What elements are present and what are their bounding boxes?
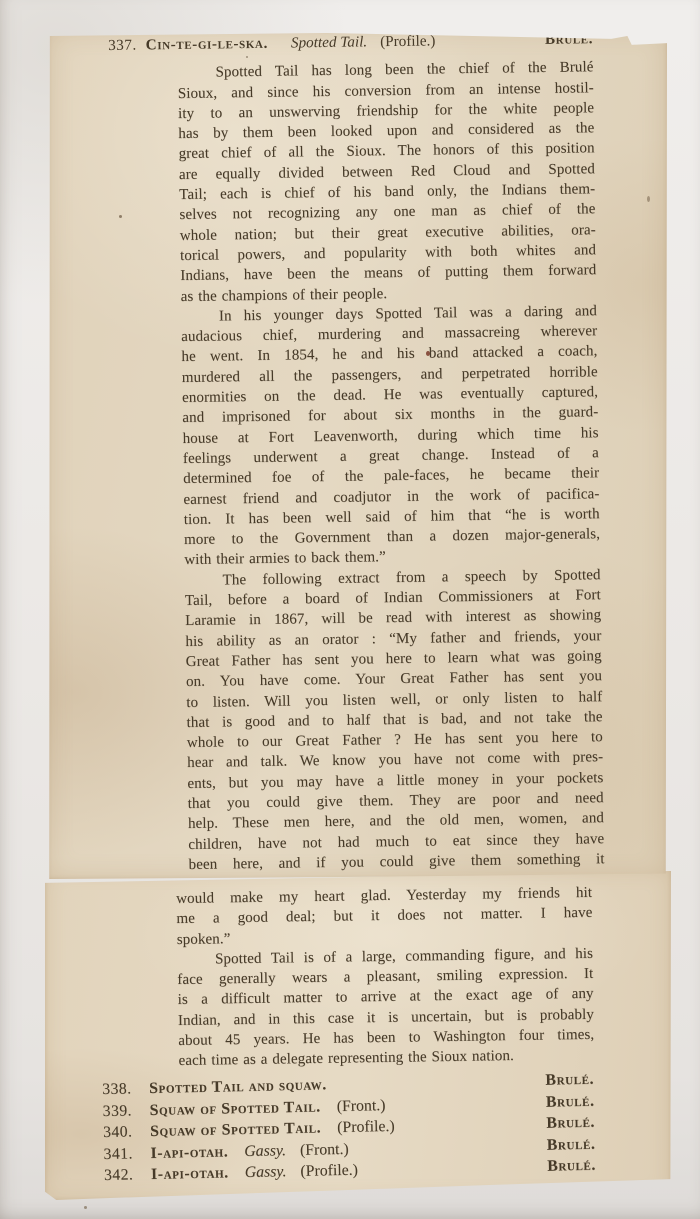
ink-speck (647, 196, 650, 202)
catalog-list: 338.Spotted Tail and squaw.Brulé.339.Squ… (102, 1069, 596, 1187)
catalog-row-name: I-api-otah. (151, 1162, 229, 1185)
catalog-row-tribe: Brulé. (545, 1069, 594, 1092)
catalog-row-tribe: Brulé. (546, 1112, 595, 1135)
clipping-top: 337. Cin-te-gi-le-ska. Spotted Tail. (Pr… (48, 30, 667, 879)
clipping-bottom: would make my heart glad. Yesterday my f… (45, 869, 671, 1200)
dust-speck (84, 1206, 87, 1209)
entry-header: 337. Cin-te-gi-le-ska. Spotted Tail. (Pr… (108, 29, 593, 56)
catalog-row-name: I-api-otah. (150, 1141, 228, 1164)
english-name: Spotted Tail. (291, 32, 368, 53)
catalog-row-name: Squaw of Spotted Tail. (150, 1117, 322, 1142)
native-name: Cin-te-gi-le-ska. (146, 34, 269, 56)
catalog-row-pose: (Profile.) (300, 1160, 358, 1183)
catalog-row-number: 342. (104, 1164, 151, 1186)
catalog-row-alias: Gassy. (244, 1140, 286, 1162)
catalog-row-pose: (Front.) (337, 1095, 386, 1118)
catalog-row-number: 338. (102, 1078, 149, 1100)
pose-label: (Profile.) (380, 31, 436, 52)
ink-speck (119, 215, 122, 218)
tribe-label: Brulé. (545, 29, 593, 50)
catalog-row-pose: (Profile.) (337, 1116, 395, 1139)
photo-backdrop: 337. Cin-te-gi-le-ska. Spotted Tail. (Pr… (0, 0, 700, 1219)
catalog-row-tribe: Brulé. (546, 1090, 595, 1113)
entry-337: 337. Cin-te-gi-le-ska. Spotted Tail. (Pr… (108, 29, 605, 876)
catalog-row-tribe: Brulé. (547, 1133, 596, 1156)
clipping-bottom-body-lines: would make my heart glad. Yesterday my f… (176, 883, 595, 1072)
header-spacer (435, 44, 545, 46)
catalog-row-number: 340. (103, 1121, 150, 1143)
catalog-row-number: 341. (103, 1143, 150, 1165)
ink-speck (426, 351, 430, 356)
catalog-row-alias: Gassy. (245, 1161, 287, 1183)
dust-speck (246, 56, 248, 58)
entry-number: 337. (108, 36, 137, 57)
catalog-row-number: 339. (102, 1100, 149, 1122)
catalog-row-tribe: Brulé. (547, 1155, 596, 1178)
clipping-top-body-lines: Spotted Tail has long been the chief of … (177, 58, 604, 876)
catalog-row-pose: (Front.) (300, 1138, 349, 1161)
